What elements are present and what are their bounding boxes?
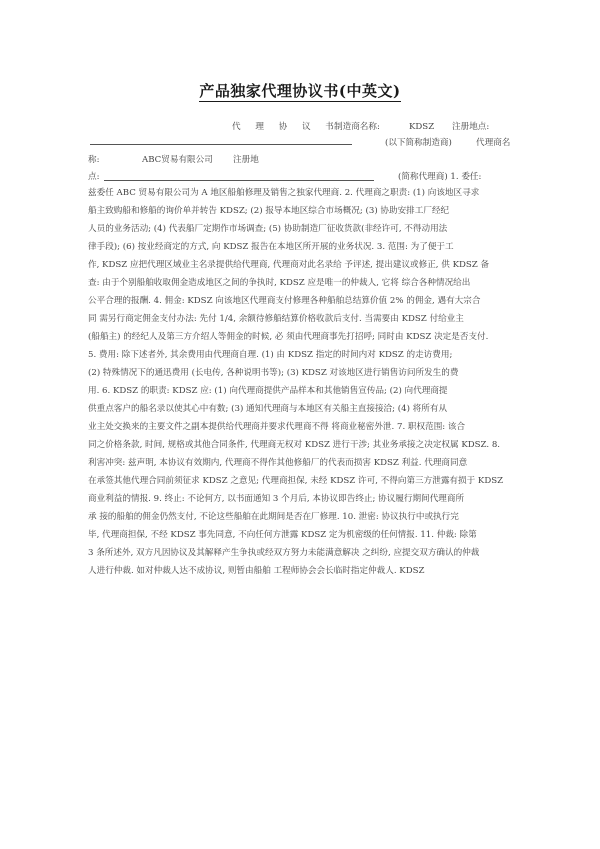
body-line: 商业利益的情报. 9. 终止: 不论何方, 以书面通知 3 个月后, 本协议即告… bbox=[88, 493, 512, 505]
body-line: 利害冲突: 兹声明, 本协议有效期内, 代理商不得作其他修船厂的代表而损害 KD… bbox=[88, 457, 512, 469]
registered-address-label: 注册地点: bbox=[452, 121, 489, 133]
body-line: 公平合理的报酬. 4. 佣金: KDSZ 向该地区代理商支付修理各种船舶总结算价… bbox=[88, 295, 512, 307]
agent-alias: (简称代理商) 1. 委任: bbox=[398, 171, 481, 183]
body-line: 船主致购船和修船的询价单并转告 KDSZ; (2) 报导本地区综合市场概况; (… bbox=[88, 205, 512, 217]
body-line: 5. 费用: 除下述者外, 其余费用由代理商自理. (1) 由 KDSZ 指定的… bbox=[88, 349, 512, 361]
body-line: 3 条所述外, 双方凡因协议及其解释产生争执或经双方努力未能满意解决 之纠纷, … bbox=[88, 547, 512, 559]
body-line: 承 接的船舶的佣金仍然支付, 不论这些船舶在此期间是否在厂修理. 10. 泄密:… bbox=[88, 511, 512, 523]
body-line: 毕, 代理商担保, 不经 KDSZ 事先同意, 不向任何方泄露 KDSZ 定为机… bbox=[88, 529, 512, 541]
agent-registered-label-cont: 点: bbox=[88, 171, 100, 183]
agent-name-label: 代理商名 bbox=[476, 137, 510, 149]
agent-name-label-cont: 称: bbox=[88, 154, 100, 166]
body-line: 业主处交换来的主要文件之副本提供给代理商并要求代理商不得 将商业秘密外泄. 7.… bbox=[88, 421, 512, 433]
agent-registered-label: 注册地 bbox=[233, 154, 259, 166]
agent-name: ABC贸易有限公司 bbox=[142, 154, 213, 166]
manufacturer-name: KDSZ bbox=[409, 121, 434, 133]
body-line: 人员的业务活动; (4) 代表船厂定期作市场调查; (5) 协助制造厂征收货款(… bbox=[88, 223, 512, 235]
document-title: 产品独家代理协议书(中英文) bbox=[0, 80, 600, 101]
body-line: 供重点客户的船名录以使其心中有数; (3) 通知代理商与本地区有关船主直接接洽;… bbox=[88, 403, 512, 415]
agreement-label: 代 理 协 议 书 bbox=[232, 121, 340, 133]
manufacturer-name-label: 制造商名称: bbox=[334, 121, 380, 133]
body-line: 人进行仲裁. 如对仲裁人达不成协议, 则暂由船舶 工程师协会会长临时指定仲裁人.… bbox=[88, 565, 512, 577]
body-line: 同之价格条款, 时间, 规格或其他合同条件, 代理商无权对 KDSZ 进行干涉;… bbox=[88, 439, 512, 451]
manufacturer-alias: (以下简称制造商) bbox=[385, 137, 452, 149]
body-line: 同 需另行商定佣金支付办法: 先付 1/4, 余额待修船结算价格收款后支付. 当… bbox=[88, 313, 512, 325]
body-line: 作, KDSZ 应把代理区域业主名录提供给代理商, 代理商对此名录给 予评述, … bbox=[88, 259, 512, 271]
body-line: 用. 6. KDSZ 的职责: KDSZ 应: (1) 向代理商提供产品样本和其… bbox=[88, 385, 512, 397]
body-line: (2) 特殊情况下的通迅费用 (长电传, 各种说明书等); (3) KDSZ 对… bbox=[88, 367, 512, 379]
body-line: 在承签其他代理合同前须征求 KDSZ 之意见; 代理商担保, 未经 KDSZ 许… bbox=[88, 475, 512, 487]
body-line: (船船主) 的经纪人及第三方介绍人等佣金的时候, 必 须由代理商事先打招呼; 同… bbox=[88, 331, 512, 343]
document-page: 产品独家代理协议书(中英文) 代 理 协 议 书 制造商名称: KDSZ 注册地… bbox=[0, 0, 600, 849]
body-line: 兹委任 ABC 贸易有限公司为 A 地区船舶修理及销售之独家代理商. 2. 代理… bbox=[88, 187, 512, 199]
agent-address-underline bbox=[104, 180, 374, 181]
address-underline bbox=[90, 144, 352, 145]
body-line: 律手段); (6) 按业经商定的方式, 向 KDSZ 报告在本地区所开展的业务状… bbox=[88, 241, 512, 253]
body-line: 查: 由于个别船舶收取佣金造成地区之间的争执时, KDSZ 应是唯一的仲裁人, … bbox=[88, 277, 512, 289]
